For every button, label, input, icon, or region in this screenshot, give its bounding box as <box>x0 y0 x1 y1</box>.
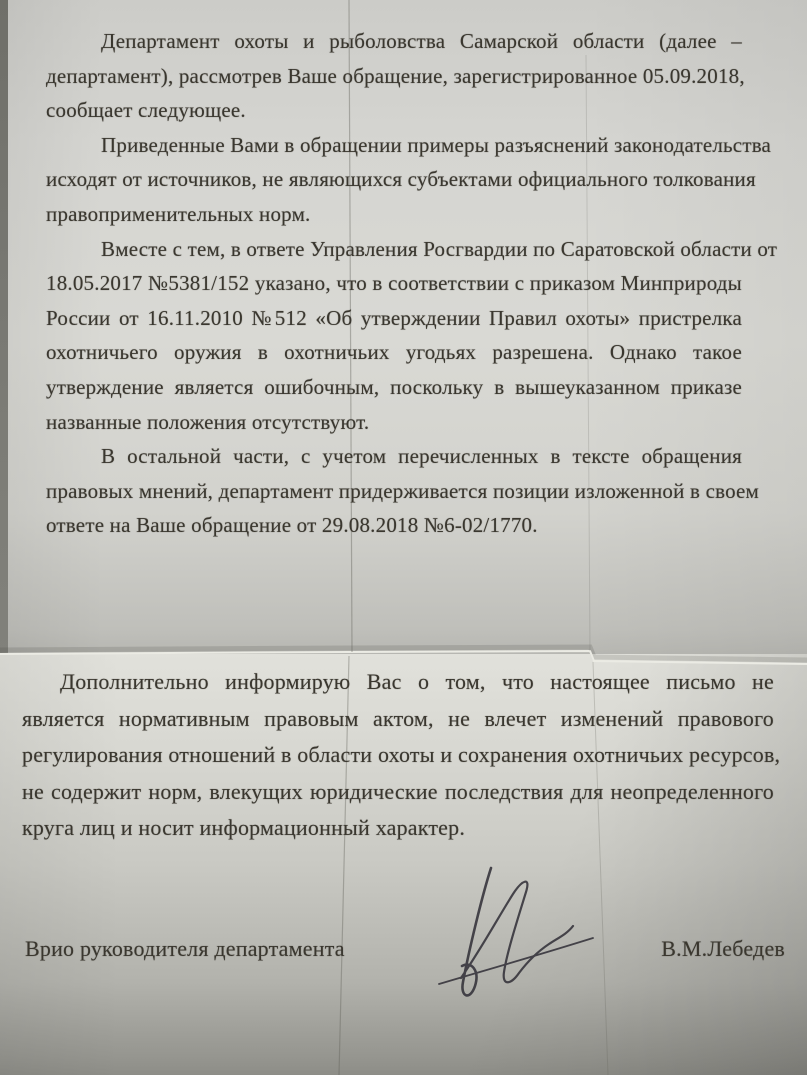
paragraph: Департамент охоты и рыболовства Самарско… <box>46 24 742 128</box>
paragraph: Дополнительно информирую Вас о том, что … <box>22 664 774 847</box>
paragraph: Приведенные Вами в обращении примеры раз… <box>46 128 742 232</box>
text-line: Департамент охоты и рыболовства Самарско… <box>46 24 742 59</box>
text-line: правовых мнений, департамент придерживае… <box>46 474 742 509</box>
page2-text-block: Дополнительно информирую Вас о том, что … <box>22 664 774 847</box>
text-line: утверждение является ошибочным, поскольк… <box>46 370 742 405</box>
signer-name: В.М.Лебедев <box>661 936 785 962</box>
text-line: регулирования отношений в области охоты … <box>22 737 774 774</box>
text-line: Вместе с тем, в ответе Управления Росгва… <box>46 232 742 267</box>
paragraph: Вместе с тем, в ответе Управления Росгва… <box>46 232 742 440</box>
signoff-row: Врио руководителя департамента В.М.Лебед… <box>25 936 785 962</box>
text-line: исходят от источников, не являющихся суб… <box>46 162 742 197</box>
text-line: В остальной части, с учетом перечисленны… <box>46 439 742 474</box>
text-line: сообщает следующее. <box>46 93 742 128</box>
text-line: России от 16.11.2010 №512 «Об утверждени… <box>46 301 742 336</box>
text-line: Дополнительно информирую Вас о том, что … <box>22 664 774 701</box>
text-line: охотничьего оружия в охотничьих угодьях … <box>46 335 742 370</box>
signer-title: Врио руководителя департамента <box>25 936 345 962</box>
text-line: департамент), рассмотрев Ваше обращение,… <box>46 59 742 94</box>
text-line: круга лиц и носит информационный характе… <box>22 810 774 847</box>
text-line: правоприменительных норм. <box>46 197 742 232</box>
text-line: не содержит норм, влекущих юридические п… <box>22 774 774 811</box>
text-line: Приведенные Вами в обращении примеры раз… <box>46 128 742 163</box>
text-line: является нормативным правовым актом, не … <box>22 701 774 738</box>
text-line: названные положения отсутствуют. <box>46 405 742 440</box>
page1-text-block: Департамент охоты и рыболовства Самарско… <box>46 24 742 543</box>
text-line: ответе на Ваше обращение от 29.08.2018 №… <box>46 508 742 543</box>
paragraph: В остальной части, с учетом перечисленны… <box>46 439 742 543</box>
text-line: 18.05.2017 №5381/152 указано, что в соот… <box>46 266 742 301</box>
photographed-letter: { "letter": { "page1": { "paragraphs": [… <box>0 0 807 1075</box>
